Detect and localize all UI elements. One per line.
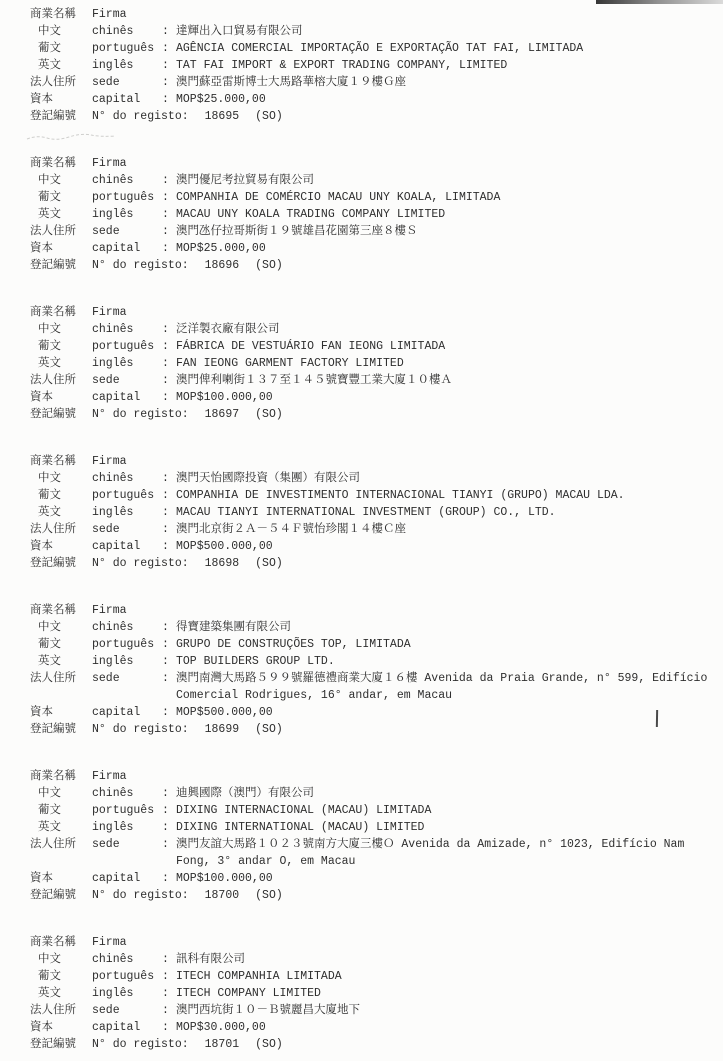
portuguese-name-row: 葡文 português : DIXING INTERNACIONAL (MAC… bbox=[30, 802, 713, 819]
firma-header-row: 商業名稱 Firma bbox=[30, 934, 713, 951]
english-name-value: TAT FAI IMPORT & EXPORT TRADING COMPANY,… bbox=[176, 57, 713, 74]
capital-label-zh: 資本 bbox=[30, 538, 92, 555]
registration-row: 登記編號 N° do registo: 18701 (SO) bbox=[30, 1036, 713, 1053]
chinese-label-pt: chinês bbox=[92, 172, 162, 189]
registration-label-pt: N° do registo: bbox=[92, 555, 189, 572]
firma-header-row: 商業名稱 Firma bbox=[30, 304, 713, 321]
registration-suffix: (SO) bbox=[255, 555, 283, 572]
colon: : bbox=[162, 321, 176, 338]
capital-label-zh: 資本 bbox=[30, 389, 92, 406]
registration-row: 登記編號 N° do registo: 18695 (SO) bbox=[30, 108, 713, 125]
capital-value: MOP$100.000,00 bbox=[176, 870, 713, 887]
capital-label-zh: 資本 bbox=[30, 704, 92, 721]
colon: : bbox=[162, 968, 176, 985]
company-record: 商業名稱 Firma 中文 chinês : 訊科有限公司 葡文 portugu… bbox=[30, 934, 713, 1053]
sede-label-zh: 法人住所 bbox=[30, 836, 92, 853]
registration-label-pt: N° do registo: bbox=[92, 108, 189, 125]
colon: : bbox=[162, 538, 176, 555]
portuguese-name-value: COMPANHIA DE COMÉRCIO MACAU UNY KOALA, L… bbox=[176, 189, 713, 206]
registration-label-zh: 登記編號 bbox=[30, 555, 92, 572]
portuguese-label-zh: 葡文 bbox=[30, 968, 92, 985]
registration-number: 18696 bbox=[205, 257, 240, 274]
capital-row: 資本 capital : MOP$500.000,00 bbox=[30, 704, 713, 721]
registration-suffix: (SO) bbox=[255, 1036, 283, 1053]
sede-row: 法人住所 sede : 澳門氹仔拉哥斯街１９號雄昌花園第三座８樓Ｓ bbox=[30, 223, 713, 240]
portuguese-name-row: 葡文 português : COMPANHIA DE COMÉRCIO MAC… bbox=[30, 189, 713, 206]
firma-label-zh: 商業名稱 bbox=[30, 155, 92, 172]
portuguese-label-pt: português bbox=[92, 338, 162, 355]
registration-label-pt: N° do registo: bbox=[92, 257, 189, 274]
portuguese-label-zh: 葡文 bbox=[30, 40, 92, 57]
colon: : bbox=[162, 951, 176, 968]
portuguese-name-row: 葡文 português : COMPANHIA DE INVESTIMENTO… bbox=[30, 487, 713, 504]
chinese-label-pt: chinês bbox=[92, 23, 162, 40]
firma-label-zh: 商業名稱 bbox=[30, 453, 92, 470]
firma-label-zh: 商業名稱 bbox=[30, 304, 92, 321]
sede-label-pt: sede bbox=[92, 223, 162, 240]
chinese-name-value: 達輝出入口貿易有限公司 bbox=[176, 23, 713, 40]
capital-label-zh: 資本 bbox=[30, 870, 92, 887]
chinese-name-row: 中文 chinês : 澳門優尼考拉貿易有限公司 bbox=[30, 172, 713, 189]
chinese-label-zh: 中文 bbox=[30, 785, 92, 802]
chinese-name-value: 迪興國際（澳門）有限公司 bbox=[176, 785, 713, 802]
colon: : bbox=[162, 785, 176, 802]
registration-number: 18700 bbox=[205, 887, 240, 904]
colon: : bbox=[162, 74, 176, 91]
colon: : bbox=[162, 636, 176, 653]
sede-value: 澳門俾利喇街１３７至１４５號寶豐工業大廈１０樓Ａ bbox=[176, 372, 713, 389]
capital-row: 資本 capital : MOP$100.000,00 bbox=[30, 389, 713, 406]
capital-value: MOP$100.000,00 bbox=[176, 389, 713, 406]
chinese-label-zh: 中文 bbox=[30, 951, 92, 968]
registration-label-zh: 登記編號 bbox=[30, 257, 92, 274]
colon: : bbox=[162, 504, 176, 521]
english-label-pt: inglês bbox=[92, 206, 162, 223]
portuguese-name-row: 葡文 português : ITECH COMPANHIA LIMITADA bbox=[30, 968, 713, 985]
english-name-value: FAN IEONG GARMENT FACTORY LIMITED bbox=[176, 355, 713, 372]
registration-suffix: (SO) bbox=[255, 257, 283, 274]
chinese-label-zh: 中文 bbox=[30, 172, 92, 189]
colon: : bbox=[162, 836, 176, 853]
colon: : bbox=[162, 389, 176, 406]
firma-label-pt: Firma bbox=[92, 155, 162, 172]
portuguese-name-value: ITECH COMPANHIA LIMITADA bbox=[176, 968, 713, 985]
colon: : bbox=[162, 802, 176, 819]
registry-page: 商業名稱 Firma 中文 chinês : 達輝出入口貿易有限公司 葡文 po… bbox=[0, 0, 723, 1053]
portuguese-name-value: AGÊNCIA COMERCIAL IMPORTAÇÃO E EXPORTAÇÃ… bbox=[176, 40, 713, 57]
sede-label-pt: sede bbox=[92, 74, 162, 91]
sede-label-zh: 法人住所 bbox=[30, 521, 92, 538]
english-name-value: MACAU UNY KOALA TRADING COMPANY LIMITED bbox=[176, 206, 713, 223]
chinese-label-pt: chinês bbox=[92, 951, 162, 968]
registration-number: 18701 bbox=[205, 1036, 240, 1053]
sede-value: 澳門西坑街１０－Ｂ號麗昌大廈地下 bbox=[176, 1002, 713, 1019]
english-name-value: ITECH COMPANY LIMITED bbox=[176, 985, 713, 1002]
registration-label-pt: N° do registo: bbox=[92, 721, 189, 738]
portuguese-name-row: 葡文 português : FÁBRICA DE VESTUÁRIO FAN … bbox=[30, 338, 713, 355]
colon: : bbox=[162, 819, 176, 836]
sede-label-pt: sede bbox=[92, 521, 162, 538]
registration-row: 登記編號 N° do registo: 18698 (SO) bbox=[30, 555, 713, 572]
firma-label-pt: Firma bbox=[92, 934, 162, 951]
firma-header-row: 商業名稱 Firma bbox=[30, 768, 713, 785]
sede-label-pt: sede bbox=[92, 836, 162, 853]
colon: : bbox=[162, 870, 176, 887]
registration-label-zh: 登記編號 bbox=[30, 887, 92, 904]
registration-label-pt: N° do registo: bbox=[92, 1036, 189, 1053]
registration-number: 18698 bbox=[205, 555, 240, 572]
chinese-label-zh: 中文 bbox=[30, 619, 92, 636]
chinese-name-row: 中文 chinês : 迪興國際（澳門）有限公司 bbox=[30, 785, 713, 802]
capital-row: 資本 capital : MOP$100.000,00 bbox=[30, 870, 713, 887]
english-name-row: 英文 inglês : FAN IEONG GARMENT FACTORY LI… bbox=[30, 355, 713, 372]
chinese-label-zh: 中文 bbox=[30, 321, 92, 338]
registration-label-zh: 登記編號 bbox=[30, 721, 92, 738]
sede-row: 法人住所 sede : 澳門俾利喇街１３７至１４５號寶豐工業大廈１０樓Ａ bbox=[30, 372, 713, 389]
registration-number: 18699 bbox=[205, 721, 240, 738]
english-label-pt: inglês bbox=[92, 819, 162, 836]
company-record: 商業名稱 Firma 中文 chinês : 澳門天怡國際投資（集團）有限公司 … bbox=[30, 453, 713, 572]
sede-value: 澳門蘇亞雷斯博士大馬路華榕大廈１９樓Ｇ座 bbox=[176, 74, 713, 91]
english-label-pt: inglês bbox=[92, 355, 162, 372]
chinese-label-zh: 中文 bbox=[30, 23, 92, 40]
sede-label-zh: 法人住所 bbox=[30, 1002, 92, 1019]
colon: : bbox=[162, 57, 176, 74]
company-record: 商業名稱 Firma 中文 chinês : 迪興國際（澳門）有限公司 葡文 p… bbox=[30, 768, 713, 904]
capital-row: 資本 capital : MOP$500.000,00 bbox=[30, 538, 713, 555]
registration-label-pt: N° do registo: bbox=[92, 887, 189, 904]
capital-value: MOP$500.000,00 bbox=[176, 704, 713, 721]
chinese-label-pt: chinês bbox=[92, 785, 162, 802]
scan-artifact-pencil-mark bbox=[25, 133, 117, 141]
colon: : bbox=[162, 521, 176, 538]
english-name-row: 英文 inglês : TOP BUILDERS GROUP LTD. bbox=[30, 653, 713, 670]
english-label-zh: 英文 bbox=[30, 206, 92, 223]
capital-label-zh: 資本 bbox=[30, 91, 92, 108]
chinese-name-value: 泛洋製衣廠有限公司 bbox=[176, 321, 713, 338]
chinese-name-value: 訊科有限公司 bbox=[176, 951, 713, 968]
colon: : bbox=[162, 338, 176, 355]
colon: : bbox=[162, 470, 176, 487]
colon: : bbox=[162, 206, 176, 223]
firma-header-row: 商業名稱 Firma bbox=[30, 155, 713, 172]
english-label-pt: inglês bbox=[92, 504, 162, 521]
firma-label-pt: Firma bbox=[92, 304, 162, 321]
registration-suffix: (SO) bbox=[255, 406, 283, 423]
sede-label-pt: sede bbox=[92, 372, 162, 389]
colon: : bbox=[162, 985, 176, 1002]
registration-number: 18695 bbox=[205, 108, 240, 125]
sede-value: 澳門北京街２Ａ－５４Ｆ號怡珍閣１４樓Ｃ座 bbox=[176, 521, 713, 538]
english-name-value: MACAU TIANYI INTERNATIONAL INVESTMENT (G… bbox=[176, 504, 713, 521]
colon: : bbox=[162, 189, 176, 206]
colon: : bbox=[162, 172, 176, 189]
english-label-zh: 英文 bbox=[30, 504, 92, 521]
firma-label-pt: Firma bbox=[92, 602, 162, 619]
registration-row: 登記編號 N° do registo: 18700 (SO) bbox=[30, 887, 713, 904]
sede-row: 法人住所 sede : 澳門南灣大馬路５９９號羅德禮商業大廈１６樓 Avenid… bbox=[30, 670, 713, 704]
registration-row: 登記編號 N° do registo: 18697 (SO) bbox=[30, 406, 713, 423]
english-name-value: TOP BUILDERS GROUP LTD. bbox=[176, 653, 713, 670]
sede-row: 法人住所 sede : 澳門北京街２Ａ－５４Ｆ號怡珍閣１４樓Ｃ座 bbox=[30, 521, 713, 538]
chinese-label-zh: 中文 bbox=[30, 470, 92, 487]
capital-label-pt: capital bbox=[92, 1019, 162, 1036]
chinese-label-pt: chinês bbox=[92, 470, 162, 487]
colon: : bbox=[162, 23, 176, 40]
portuguese-label-pt: português bbox=[92, 802, 162, 819]
english-name-row: 英文 inglês : MACAU TIANYI INTERNATIONAL I… bbox=[30, 504, 713, 521]
english-name-row: 英文 inglês : ITECH COMPANY LIMITED bbox=[30, 985, 713, 1002]
portuguese-label-zh: 葡文 bbox=[30, 338, 92, 355]
portuguese-label-zh: 葡文 bbox=[30, 487, 92, 504]
capital-value: MOP$25.000,00 bbox=[176, 91, 713, 108]
chinese-label-pt: chinês bbox=[92, 619, 162, 636]
english-label-zh: 英文 bbox=[30, 819, 92, 836]
english-label-zh: 英文 bbox=[30, 355, 92, 372]
english-label-zh: 英文 bbox=[30, 653, 92, 670]
portuguese-name-value: GRUPO DE CONSTRUÇÕES TOP, LIMITADA bbox=[176, 636, 713, 653]
scan-artifact-vertical-tick bbox=[656, 710, 658, 727]
english-name-row: 英文 inglês : TAT FAI IMPORT & EXPORT TRAD… bbox=[30, 57, 713, 74]
capital-row: 資本 capital : MOP$25.000,00 bbox=[30, 240, 713, 257]
english-name-row: 英文 inglês : MACAU UNY KOALA TRADING COMP… bbox=[30, 206, 713, 223]
registration-suffix: (SO) bbox=[255, 721, 283, 738]
firma-header-row: 商業名稱 Firma bbox=[30, 602, 713, 619]
chinese-name-row: 中文 chinês : 得寶建築集團有限公司 bbox=[30, 619, 713, 636]
sede-label-zh: 法人住所 bbox=[30, 223, 92, 240]
chinese-name-value: 澳門天怡國際投資（集團）有限公司 bbox=[176, 470, 713, 487]
company-record: 商業名稱 Firma 中文 chinês : 達輝出入口貿易有限公司 葡文 po… bbox=[30, 6, 713, 125]
registration-row: 登記編號 N° do registo: 18696 (SO) bbox=[30, 257, 713, 274]
colon: : bbox=[162, 1002, 176, 1019]
colon: : bbox=[162, 704, 176, 721]
firma-label-pt: Firma bbox=[92, 6, 162, 23]
firma-label-pt: Firma bbox=[92, 768, 162, 785]
portuguese-name-value: FÁBRICA DE VESTUÁRIO FAN IEONG LIMITADA bbox=[176, 338, 713, 355]
colon: : bbox=[162, 1019, 176, 1036]
portuguese-label-pt: português bbox=[92, 636, 162, 653]
sede-value: 澳門南灣大馬路５９９號羅德禮商業大廈１６樓 Avenida da Praia G… bbox=[176, 670, 713, 704]
colon: : bbox=[162, 670, 176, 687]
firma-label-zh: 商業名稱 bbox=[30, 6, 92, 23]
sede-label-pt: sede bbox=[92, 670, 162, 687]
registration-suffix: (SO) bbox=[255, 887, 283, 904]
colon: : bbox=[162, 223, 176, 240]
capital-label-zh: 資本 bbox=[30, 240, 92, 257]
company-record: 商業名稱 Firma 中文 chinês : 泛洋製衣廠有限公司 葡文 port… bbox=[30, 304, 713, 423]
english-name-value: DIXING INTERNATIONAL (MACAU) LIMITED bbox=[176, 819, 713, 836]
firma-label-zh: 商業名稱 bbox=[30, 768, 92, 785]
capital-label-pt: capital bbox=[92, 389, 162, 406]
firma-label-zh: 商業名稱 bbox=[30, 602, 92, 619]
capital-label-pt: capital bbox=[92, 240, 162, 257]
sede-value: 澳門友誼大馬路１０２３號南方大廈三樓Ｏ Avenida da Amizade, … bbox=[176, 836, 713, 870]
capital-label-zh: 資本 bbox=[30, 1019, 92, 1036]
colon: : bbox=[162, 240, 176, 257]
capital-row: 資本 capital : MOP$25.000,00 bbox=[30, 91, 713, 108]
portuguese-label-pt: português bbox=[92, 487, 162, 504]
portuguese-label-zh: 葡文 bbox=[30, 636, 92, 653]
colon: : bbox=[162, 487, 176, 504]
registration-label-zh: 登記編號 bbox=[30, 108, 92, 125]
firma-header-row: 商業名稱 Firma bbox=[30, 453, 713, 470]
portuguese-label-zh: 葡文 bbox=[30, 189, 92, 206]
chinese-name-row: 中文 chinês : 泛洋製衣廠有限公司 bbox=[30, 321, 713, 338]
sede-row: 法人住所 sede : 澳門友誼大馬路１０２３號南方大廈三樓Ｏ Avenida … bbox=[30, 836, 713, 870]
capital-label-pt: capital bbox=[92, 538, 162, 555]
sede-value: 澳門氹仔拉哥斯街１９號雄昌花園第三座８樓Ｓ bbox=[176, 223, 713, 240]
capital-label-pt: capital bbox=[92, 870, 162, 887]
portuguese-name-row: 葡文 português : GRUPO DE CONSTRUÇÕES TOP,… bbox=[30, 636, 713, 653]
sede-row: 法人住所 sede : 澳門西坑街１０－Ｂ號麗昌大廈地下 bbox=[30, 1002, 713, 1019]
english-label-zh: 英文 bbox=[30, 985, 92, 1002]
colon: : bbox=[162, 372, 176, 389]
chinese-name-row: 中文 chinês : 達輝出入口貿易有限公司 bbox=[30, 23, 713, 40]
chinese-name-value: 得寶建築集團有限公司 bbox=[176, 619, 713, 636]
colon: : bbox=[162, 653, 176, 670]
portuguese-label-zh: 葡文 bbox=[30, 802, 92, 819]
english-label-pt: inglês bbox=[92, 985, 162, 1002]
portuguese-label-pt: português bbox=[92, 40, 162, 57]
portuguese-name-value: COMPANHIA DE INVESTIMENTO INTERNACIONAL … bbox=[176, 487, 713, 504]
chinese-name-row: 中文 chinês : 訊科有限公司 bbox=[30, 951, 713, 968]
scan-artifact-top-strip bbox=[596, 0, 723, 4]
chinese-name-value: 澳門優尼考拉貿易有限公司 bbox=[176, 172, 713, 189]
colon: : bbox=[162, 40, 176, 57]
firma-label-pt: Firma bbox=[92, 453, 162, 470]
english-label-pt: inglês bbox=[92, 57, 162, 74]
portuguese-name-value: DIXING INTERNACIONAL (MACAU) LIMITADA bbox=[176, 802, 713, 819]
sede-label-zh: 法人住所 bbox=[30, 670, 92, 687]
capital-label-pt: capital bbox=[92, 704, 162, 721]
chinese-name-row: 中文 chinês : 澳門天怡國際投資（集團）有限公司 bbox=[30, 470, 713, 487]
chinese-label-pt: chinês bbox=[92, 321, 162, 338]
colon: : bbox=[162, 619, 176, 636]
registration-number: 18697 bbox=[205, 406, 240, 423]
colon: : bbox=[162, 91, 176, 108]
capital-row: 資本 capital : MOP$30.000,00 bbox=[30, 1019, 713, 1036]
capital-label-pt: capital bbox=[92, 91, 162, 108]
registration-label-zh: 登記編號 bbox=[30, 406, 92, 423]
company-record: 商業名稱 Firma 中文 chinês : 澳門優尼考拉貿易有限公司 葡文 p… bbox=[30, 155, 713, 274]
sede-row: 法人住所 sede : 澳門蘇亞雷斯博士大馬路華榕大廈１９樓Ｇ座 bbox=[30, 74, 713, 91]
portuguese-label-pt: português bbox=[92, 189, 162, 206]
firma-label-zh: 商業名稱 bbox=[30, 934, 92, 951]
colon: : bbox=[162, 355, 176, 372]
portuguese-label-pt: português bbox=[92, 968, 162, 985]
registration-row: 登記編號 N° do registo: 18699 (SO) bbox=[30, 721, 713, 738]
sede-label-pt: sede bbox=[92, 1002, 162, 1019]
capital-value: MOP$30.000,00 bbox=[176, 1019, 713, 1036]
capital-value: MOP$25.000,00 bbox=[176, 240, 713, 257]
english-label-pt: inglês bbox=[92, 653, 162, 670]
english-label-zh: 英文 bbox=[30, 57, 92, 74]
registration-suffix: (SO) bbox=[255, 108, 283, 125]
sede-label-zh: 法人住所 bbox=[30, 372, 92, 389]
company-record: 商業名稱 Firma 中文 chinês : 得寶建築集團有限公司 葡文 por… bbox=[30, 602, 713, 738]
capital-value: MOP$500.000,00 bbox=[176, 538, 713, 555]
firma-header-row: 商業名稱 Firma bbox=[30, 6, 713, 23]
sede-label-zh: 法人住所 bbox=[30, 74, 92, 91]
english-name-row: 英文 inglês : DIXING INTERNATIONAL (MACAU)… bbox=[30, 819, 713, 836]
registration-label-pt: N° do registo: bbox=[92, 406, 189, 423]
portuguese-name-row: 葡文 português : AGÊNCIA COMERCIAL IMPORTA… bbox=[30, 40, 713, 57]
registration-label-zh: 登記編號 bbox=[30, 1036, 92, 1053]
